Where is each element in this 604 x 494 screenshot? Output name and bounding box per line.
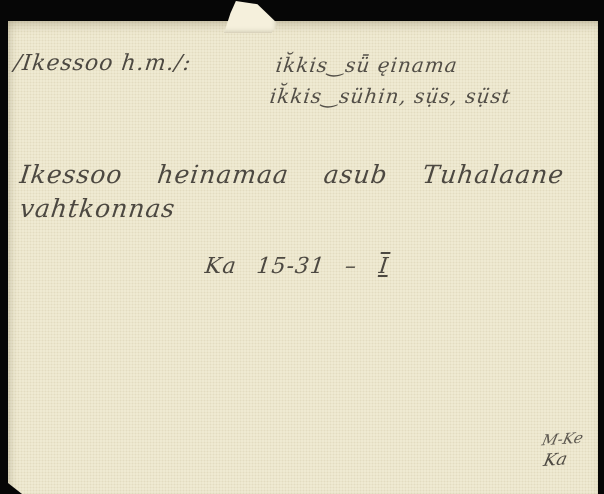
archive-reference: Ka 15-31 – I bbox=[204, 255, 393, 279]
scan-backdrop: /Ikessoo h.m./: ik̆kis‿sǖ ęinama ik̆kis… bbox=[0, 0, 604, 494]
body-text-line-1: Ikessoo heinamaa asub Tuhalaane bbox=[18, 161, 566, 189]
phonetic-line-2: ik̆kis‿sühin, sụ̈s, sụ̈st bbox=[269, 85, 513, 107]
index-card: /Ikessoo h.m./: ik̆kis‿sǖ ęinama ik̆kis… bbox=[8, 21, 598, 494]
corner-note-line-1: M-Ke bbox=[540, 428, 585, 451]
phonetic-line-1: ik̆kis‿sǖ ęinama bbox=[275, 54, 459, 76]
archive-reference-prefix: Ka 15-31 – bbox=[204, 254, 359, 279]
corner-note-line-2: Ka bbox=[535, 448, 581, 474]
paper-tab bbox=[224, 1, 278, 33]
body-text-line-2: vahtkonnas bbox=[18, 195, 177, 223]
scan-corner-shadow bbox=[8, 483, 22, 494]
archive-reference-numeral: I bbox=[376, 254, 393, 279]
card-heading: /Ikessoo h.m./: bbox=[13, 52, 193, 76]
corner-note: M-Ke Ka bbox=[535, 428, 585, 474]
